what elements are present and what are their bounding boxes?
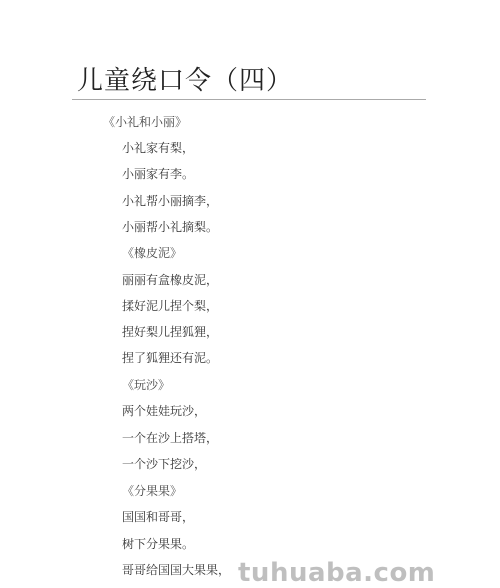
verse-line: 丽丽有盒橡皮泥，	[122, 272, 218, 288]
verse-line: 树下分果果。	[122, 536, 194, 552]
verse-line: 哥哥给国国大果果，	[122, 562, 230, 578]
verse-line: 小丽家有李。	[122, 166, 194, 182]
verse-line: 两个娃娃玩沙，	[122, 403, 206, 419]
section-heading: 《分果果》	[122, 483, 182, 499]
title-divider	[72, 99, 426, 100]
verse-line: 小丽帮小礼摘梨。	[122, 219, 218, 235]
section-heading: 《橡皮泥》	[122, 245, 182, 261]
verse-line: 捏了狐狸还有泥。	[122, 350, 218, 366]
verse-line: 揉好泥儿捏个梨，	[122, 298, 218, 314]
verse-line: 小礼帮小丽摘李，	[122, 193, 218, 209]
watermark: tuhuaba.com	[238, 558, 435, 588]
verse-line: 一个沙下挖沙，	[122, 456, 206, 472]
verse-line: 小礼家有梨，	[122, 140, 194, 156]
verse-line: 一个在沙上搭塔，	[122, 430, 218, 446]
page-title: 儿童绕口令（四）	[77, 64, 293, 98]
section-heading: 《玩沙》	[122, 377, 170, 393]
verse-line: 国国和哥哥，	[122, 509, 194, 525]
section-heading: 《小礼和小丽》	[103, 114, 187, 130]
verse-line: 捏好梨儿捏狐狸，	[122, 324, 218, 340]
